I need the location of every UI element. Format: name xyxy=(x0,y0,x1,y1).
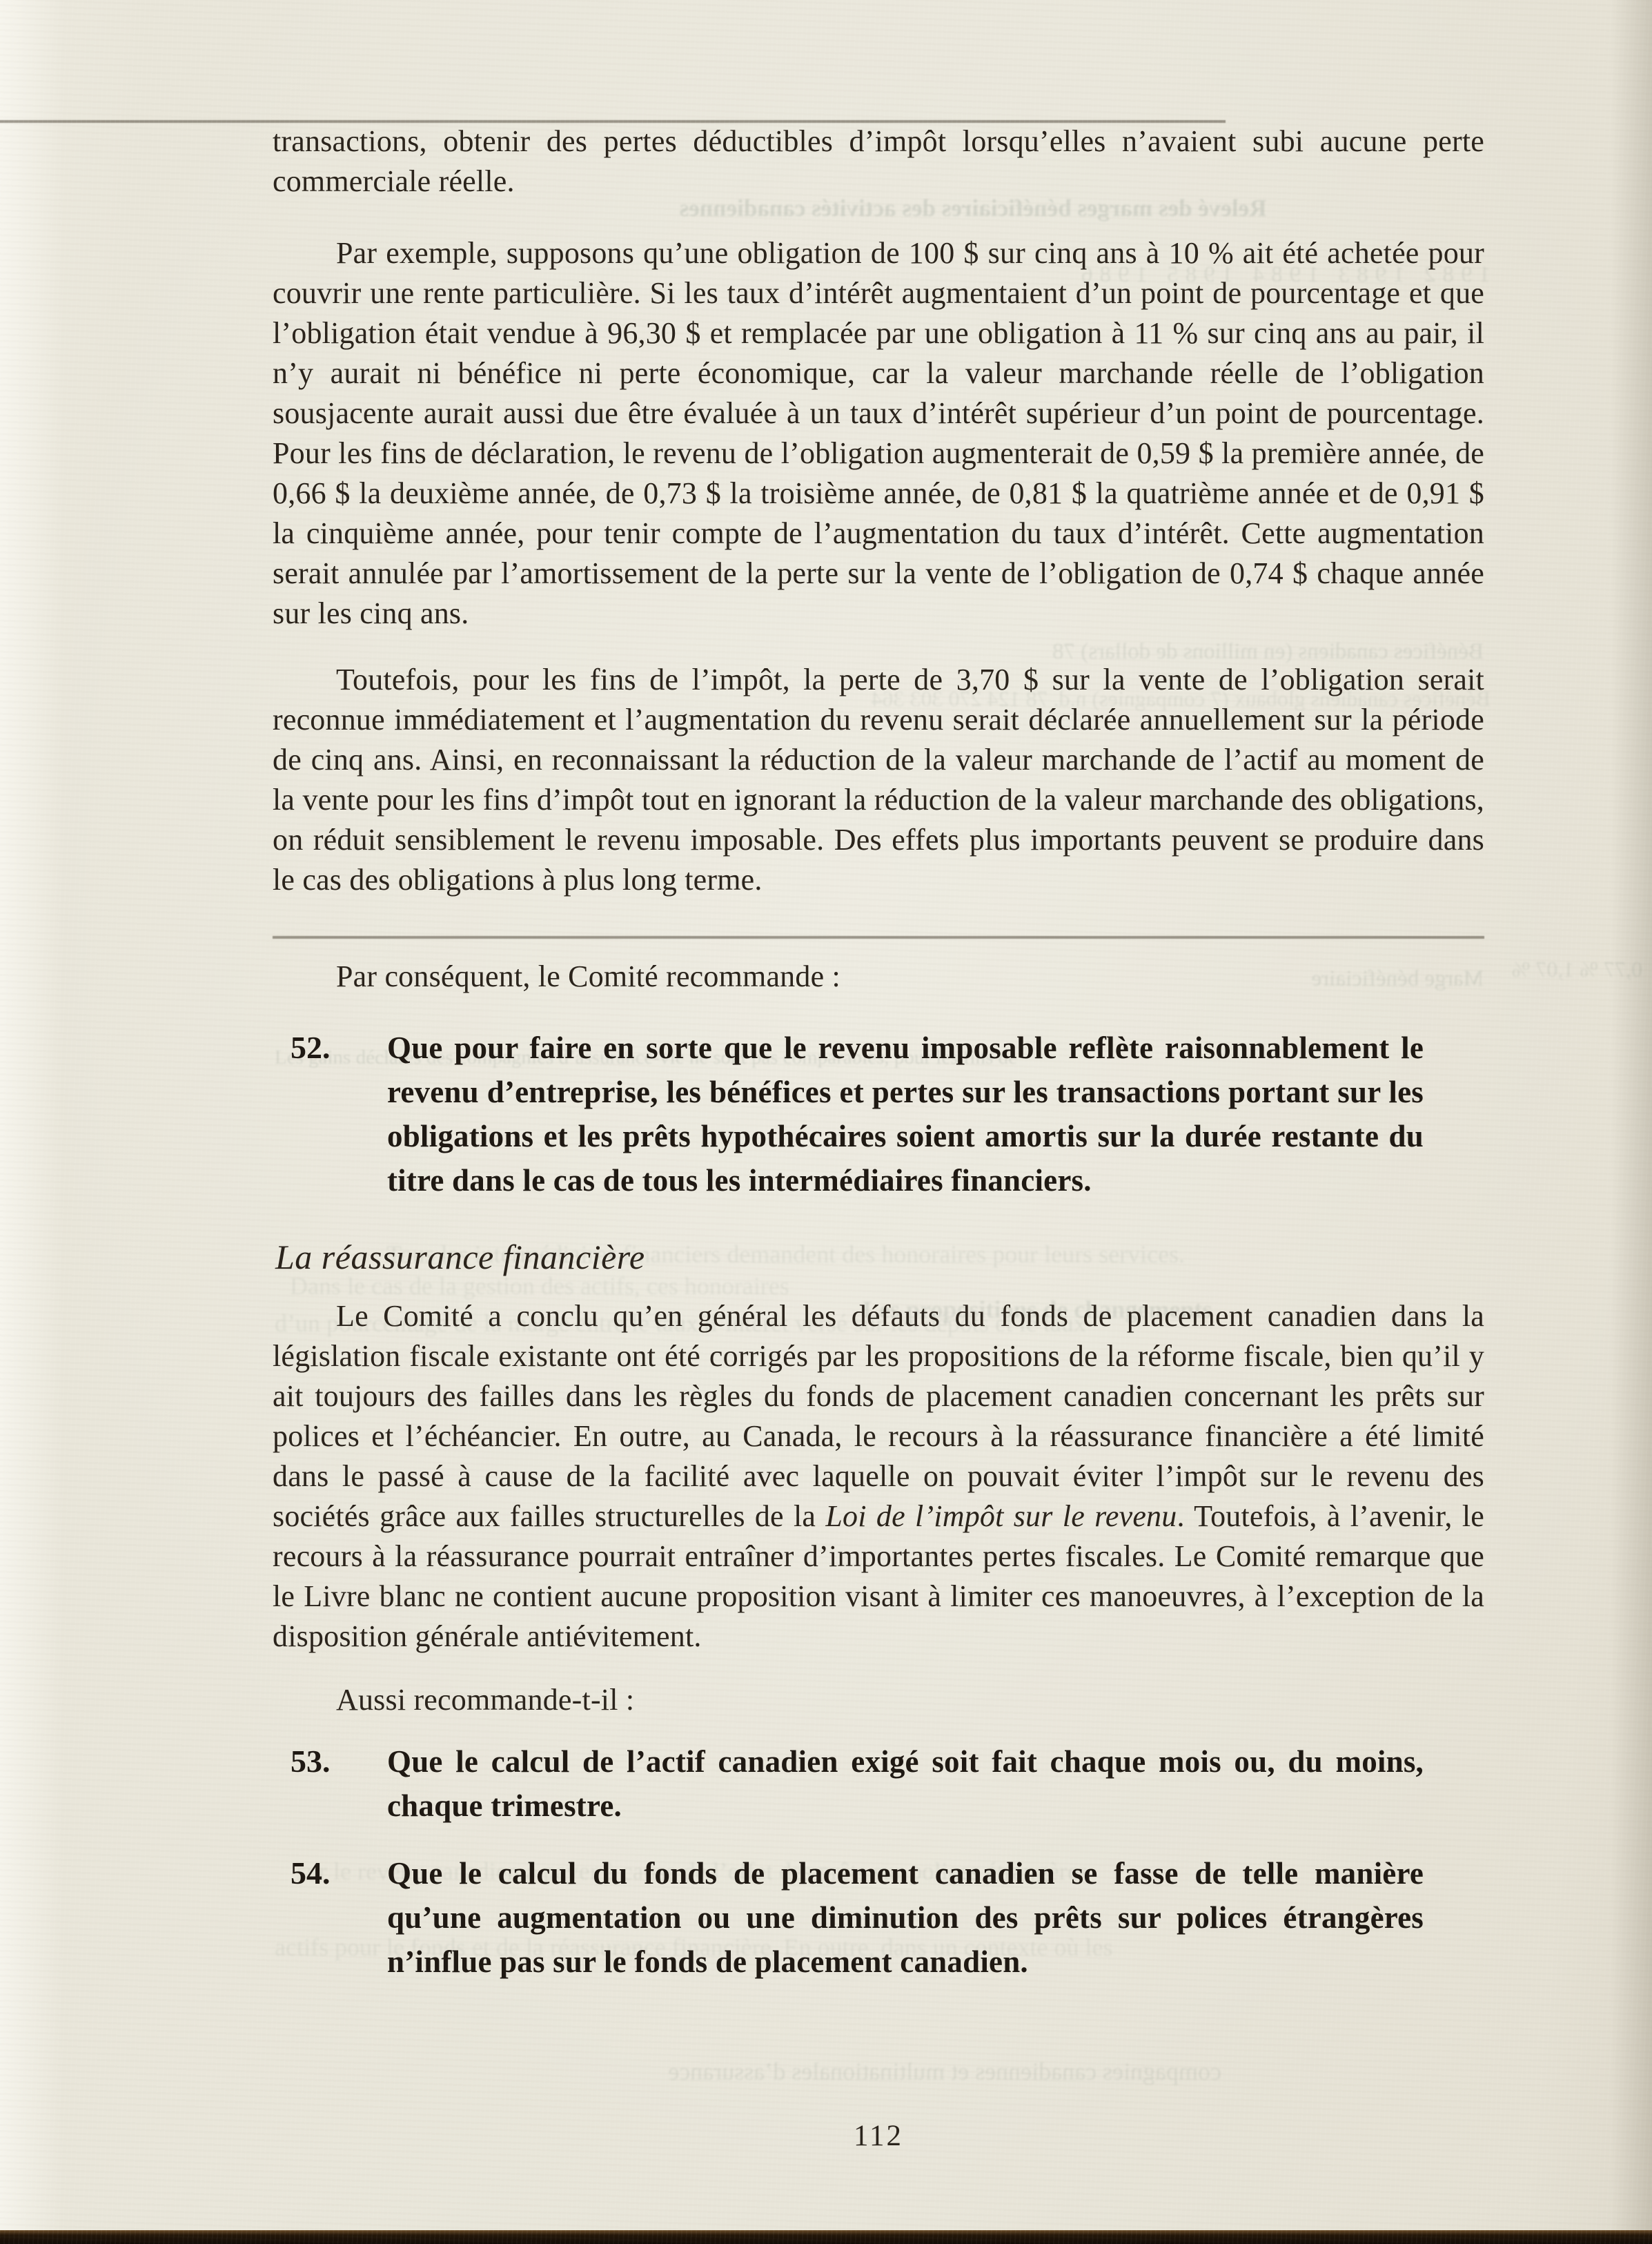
recommendation-54-text: Que le calcul du fonds de placement cana… xyxy=(387,1851,1424,1984)
ghost-rule-middle xyxy=(273,936,1484,939)
text-column: transactions, obtenir des pertes déducti… xyxy=(273,121,1484,1984)
recommendation-52: 52. Que pour faire en sorte que le reven… xyxy=(273,1026,1484,1202)
recommendation-52-number: 52. xyxy=(273,1026,387,1070)
recommendation-53-number: 53. xyxy=(273,1739,387,1784)
recommendation-52-text: Que pour faire en sorte que le revenu im… xyxy=(387,1026,1424,1202)
page-number: 112 xyxy=(273,2119,1484,2153)
recommendation-53-text: Que le calcul de l’actif canadien exigé … xyxy=(387,1739,1424,1828)
paragraph-comite-part1: Le Comité a conclu qu’en général les déf… xyxy=(273,1299,1484,1533)
statute-title-italic: Loi de l’impôt sur le revenu xyxy=(825,1499,1177,1533)
paragraph-aussi-lead: Aussi recommande-t-il : xyxy=(273,1680,1484,1720)
scan-bottom-edge xyxy=(0,2230,1652,2244)
paragraph-toutefois: Toutefois, pour les fins de l’impôt, la … xyxy=(273,660,1484,900)
page-right-edge-shade xyxy=(1611,0,1652,2244)
recommendation-53: 53. Que le calcul de l’actif canadien ex… xyxy=(273,1739,1484,1828)
scanned-document-page: Relevé des marges bénéficiaires des acti… xyxy=(0,0,1652,2244)
recommendation-54-number: 54. xyxy=(273,1851,387,1895)
paragraph-intro-continuation: transactions, obtenir des pertes déducti… xyxy=(273,121,1484,202)
paragraph-comite-conclusion: Le Comité a conclu qu’en général les déf… xyxy=(273,1296,1484,1657)
page-left-edge-sheen xyxy=(0,0,63,2244)
recommendation-54: 54. Que le calcul du fonds de placement … xyxy=(273,1851,1484,1984)
paragraph-recommendation-lead: Par conséquent, le Comité recommande : xyxy=(273,957,1484,997)
ghost-paragraph-line-6: compagnies canadiennes et multinationale… xyxy=(297,2057,1221,2086)
paragraph-example: Par exemple, supposons qu’une obligation… xyxy=(273,233,1484,634)
section-heading-reassurance: La réassurance financière xyxy=(275,1236,1484,1278)
